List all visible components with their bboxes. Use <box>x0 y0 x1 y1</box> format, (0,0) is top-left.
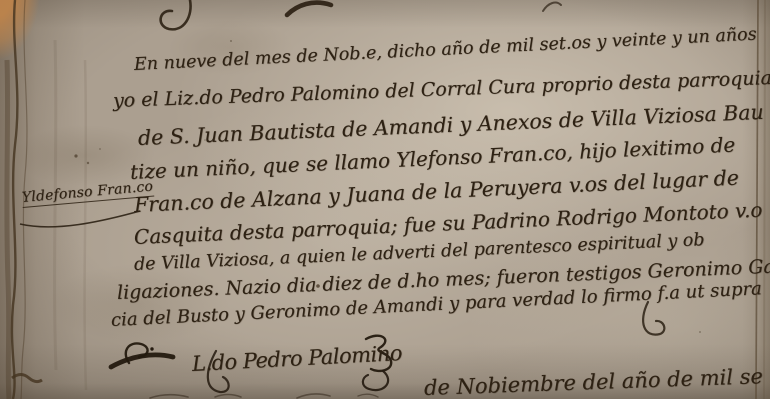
entry-line: En nueve del mes de Nob.e, dicho año de … <box>134 25 758 75</box>
handwritten-text-layer: Yldefonso Fran.co En nueve del mes de No… <box>0 0 770 399</box>
priest-signature: L.do Pedro Palomino <box>191 341 402 376</box>
manuscript-page: Yldefonso Fran.co En nueve del mes de No… <box>0 0 770 399</box>
next-entry-fragment: de Nobiembre del año de mil se <box>424 364 764 399</box>
